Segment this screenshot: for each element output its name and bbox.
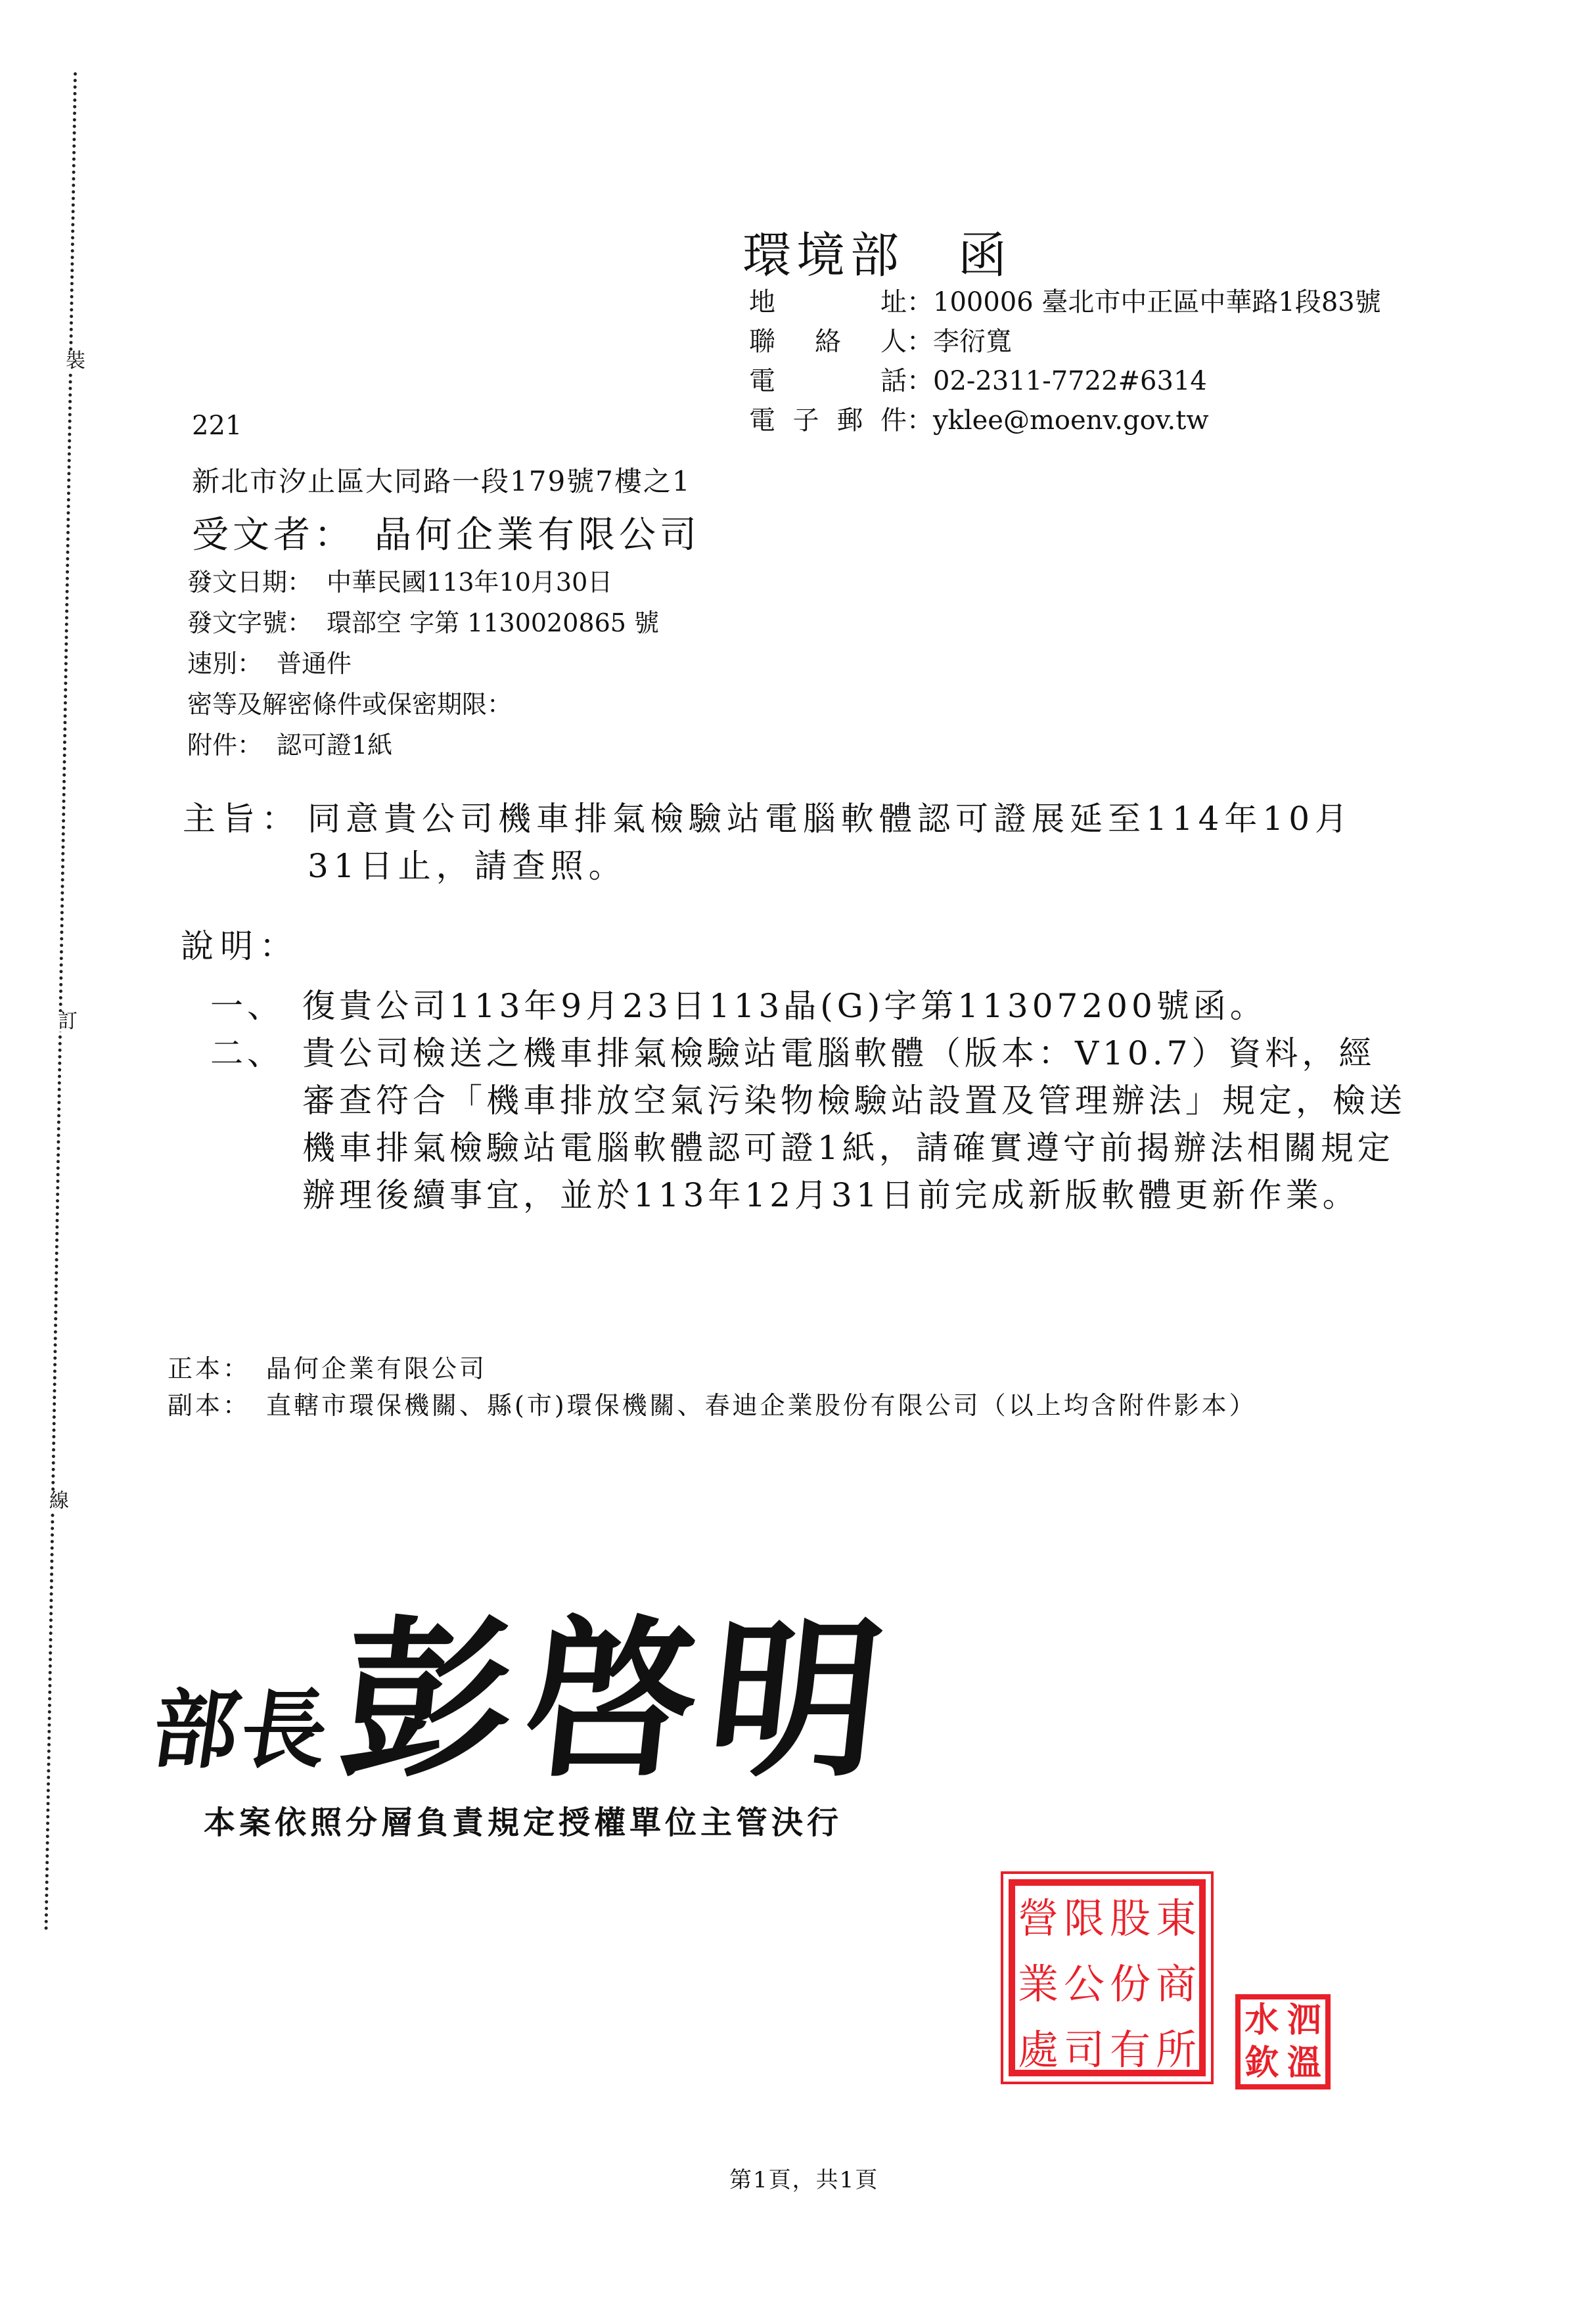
issue-date-label: 發文日期： (187, 568, 312, 597)
attachment-label: 附件： (187, 731, 262, 760)
ref-number-row: 發文字號：環部空 字第 1130020865 號 (187, 603, 659, 643)
explanation-item-number: 二、 (210, 1030, 284, 1077)
subject-label: 主旨： (183, 795, 301, 842)
company-seal: 東股限營 商份公業 所有司處 (1009, 1879, 1206, 2076)
recipient-name: 晶何企業有限公司 (375, 514, 700, 557)
original-recipient-row: 正本： 晶何企業有限公司 (168, 1350, 1403, 1387)
personal-seal: 泗水 溫欽 (1235, 1994, 1331, 2089)
sender-phone-value: 02-2311-7722#6314 (933, 361, 1207, 401)
attachment-row: 附件：認可證1紙 (187, 725, 659, 765)
sender-address-label: 地址 (749, 283, 907, 322)
explanation-label: 說明： (181, 920, 299, 967)
issue-date-row: 發文日期：中華民國113年10月30日 (187, 562, 659, 603)
delegation-note: 本案依照分層負責規定授權單位主管決行 (204, 1797, 842, 1842)
sender-email-label: 電子郵件 (749, 401, 907, 440)
document-meta: 發文日期：中華民國113年10月30日 發文字號：環部空 字第 11300208… (187, 562, 659, 765)
attachment-value: 認可證1紙 (277, 731, 392, 760)
explanation-item: 二、 貴公司檢送之機車排氣檢驗站電腦軟體（版本：V10.7）資料，經審查符合「機… (210, 1030, 1406, 1219)
binding-char-ding: 訂 (58, 1012, 78, 1032)
recipient-address: 新北市汐止區大同路一段179號7樓之1 (192, 460, 691, 499)
speed-label: 速別： (187, 649, 262, 678)
copy-recipient-label: 副本： (168, 1387, 250, 1424)
recipient-zip: 221 (192, 411, 242, 441)
copy-recipient-value: 直轄市環保機關、縣(市)環保機關、春迪企業股份有限公司（以上均含附件影本） (266, 1391, 1257, 1420)
original-recipient-value: 晶何企業有限公司 (266, 1354, 487, 1383)
speed-row: 速別：普通件 (187, 643, 659, 684)
sender-contact-value: 李衍寬 (933, 322, 1012, 361)
page-number: 第1頁，共1頁 (729, 2162, 878, 2194)
signature-title: 部長 (146, 1662, 339, 1785)
sender-address-value: 100006 臺北市中正區中華路1段83號 (933, 283, 1381, 322)
signature-name: 彭啓明 (331, 1564, 908, 1809)
sender-info: 地址 ： 100006 臺北市中正區中華路1段83號 聯絡人 ： 李衍寬 電話 … (749, 283, 1381, 440)
explanation-list: 一、 復貴公司113年9月23日113晶(G)字第11307200號函。 二、 … (210, 982, 1406, 1219)
subject-text: 同意貴公司機車排氣檢驗站電腦軟體認可證展延至114年10月31日止，請查照。 (308, 795, 1372, 890)
document-title: 環境部 函 (742, 217, 1012, 286)
binding-char-xian: 線 (49, 1492, 69, 1511)
sender-contact-label: 聯絡人 (749, 322, 907, 361)
minister-signature: 部長彭啓明 (154, 1564, 896, 1809)
recipient-line: 受文者：晶何企業有限公司 (192, 506, 700, 559)
sender-phone-label: 電話 (749, 361, 907, 401)
explanation-item-text: 復貴公司113年9月23日113晶(G)字第11307200號函。 (302, 987, 1267, 1025)
secrecy-label: 密等及解密條件或保密期限： (187, 690, 512, 719)
speed-value: 普通件 (277, 649, 352, 678)
distribution-section: 正本： 晶何企業有限公司 副本： 直轄市環保機關、縣(市)環保機關、春迪企業股份… (168, 1350, 1403, 1424)
recipient-label: 受文者： (192, 514, 355, 557)
explanation-item: 一、 復貴公司113年9月23日113晶(G)字第11307200號函。 (210, 982, 1406, 1030)
sender-email-row: 電子郵件 ： yklee@moenv.gov.tw (749, 401, 1381, 440)
binding-char-zhuang: 裝 (66, 352, 85, 371)
sender-address-row: 地址 ： 100006 臺北市中正區中華路1段83號 (749, 283, 1381, 322)
sender-email-value: yklee@moenv.gov.tw (933, 401, 1209, 440)
original-recipient-label: 正本： (168, 1350, 250, 1387)
secrecy-row: 密等及解密條件或保密期限： (187, 684, 659, 725)
sender-contact-row: 聯絡人 ： 李衍寬 (749, 322, 1381, 361)
copy-recipient-row: 副本： 直轄市環保機關、縣(市)環保機關、春迪企業股份有限公司（以上均含附件影本… (168, 1387, 1403, 1424)
ref-number-value: 環部空 字第 1130020865 號 (327, 608, 659, 637)
issue-date-value: 中華民國113年10月30日 (327, 568, 612, 597)
sender-phone-row: 電話 ： 02-2311-7722#6314 (749, 361, 1381, 401)
explanation-item-number: 一、 (210, 982, 284, 1030)
explanation-item-text: 貴公司檢送之機車排氣檢驗站電腦軟體（版本：V10.7）資料，經審查符合「機車排放… (302, 1034, 1406, 1214)
ref-number-label: 發文字號： (187, 608, 312, 637)
